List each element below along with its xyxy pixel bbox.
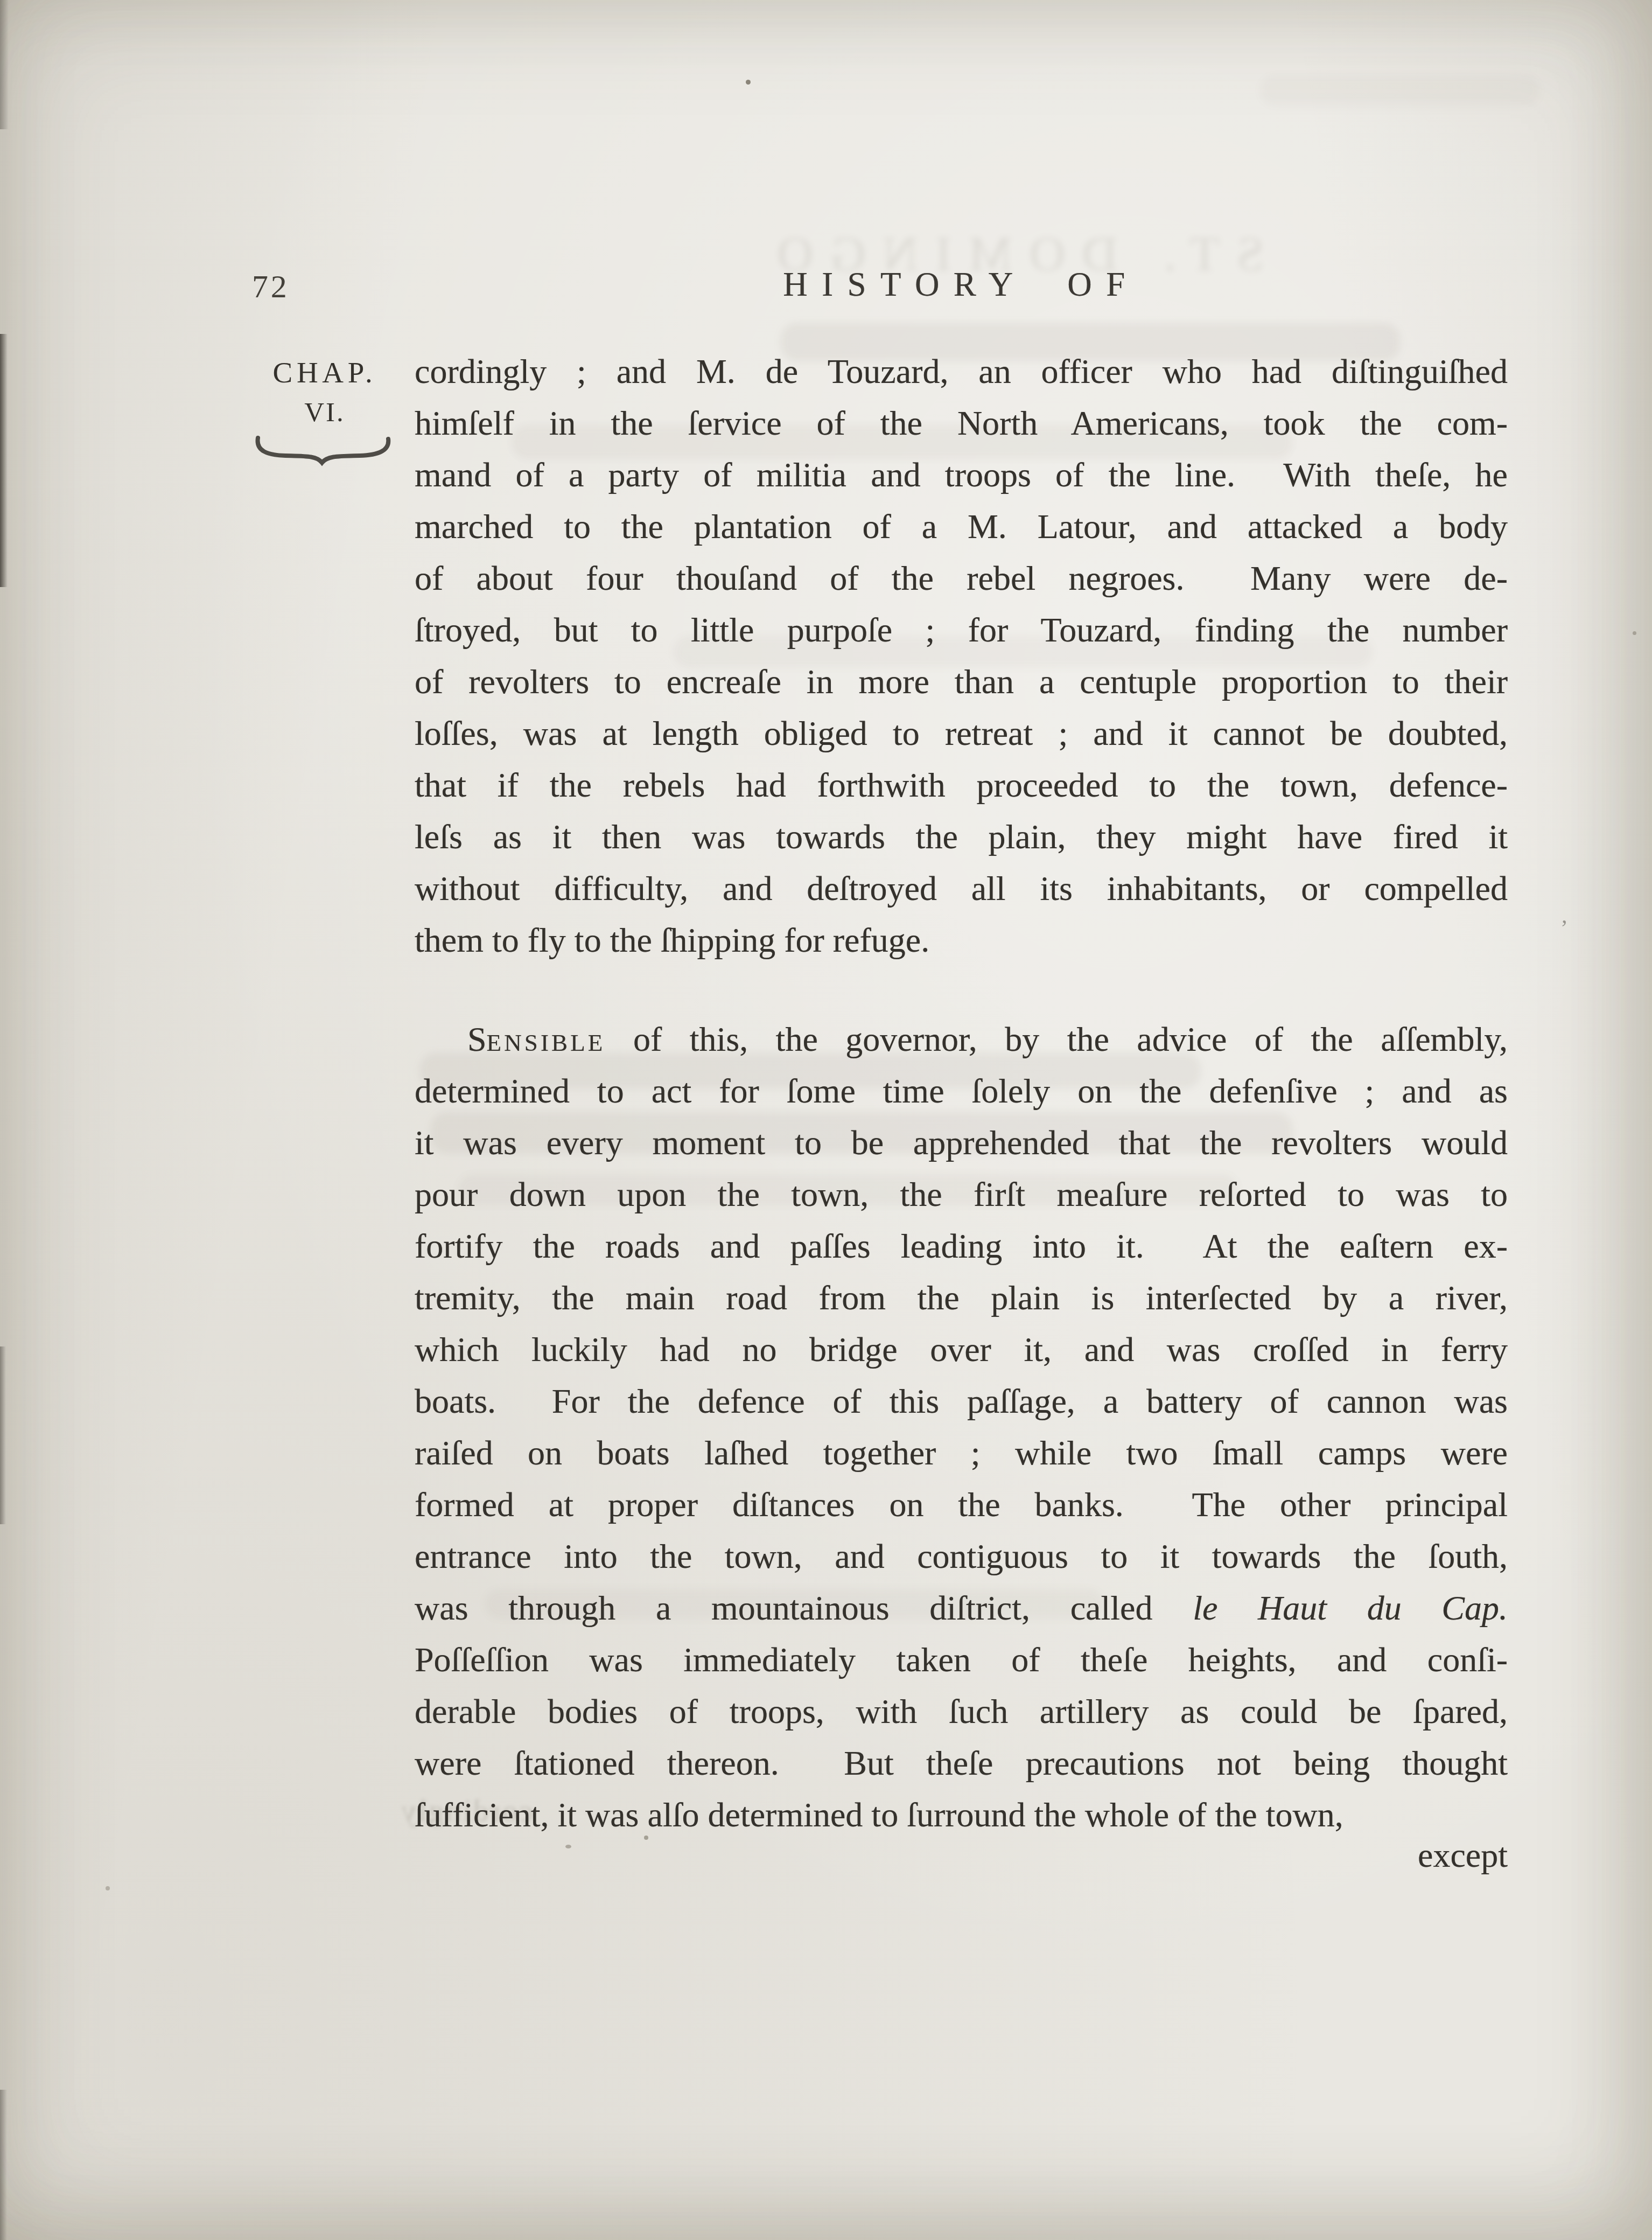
text-line: cordingly ; and M. de Touzard, an office… xyxy=(415,346,1508,397)
text-line: them to fly to the ſhipping for refuge. xyxy=(415,915,1508,966)
text-segment: loſſes, was at length obliged to retreat… xyxy=(415,714,1508,752)
paragraph: Sensible of this, the governor, by the a… xyxy=(415,1014,1508,1841)
paper-speck xyxy=(565,1845,571,1848)
text-segment: which luckily had no bridge over it, and… xyxy=(415,1330,1508,1369)
text-line: ſtroyed, but to little purpoſe ; for Tou… xyxy=(415,604,1508,656)
page-number: 72 xyxy=(252,268,290,305)
text-segment: tremity, the main road from the plain is… xyxy=(415,1279,1508,1317)
text-segment: ſufficient, it was alſo determined to ſu… xyxy=(415,1796,1343,1834)
text-line: determined to act for ſome time ſolely o… xyxy=(415,1065,1508,1117)
text-segment: determined to act for ſome time ſolely o… xyxy=(415,1072,1508,1110)
text-segment: were ſtationed thereon. But theſe precau… xyxy=(415,1744,1508,1782)
text-segment: fortify the roads and paſſes leading int… xyxy=(415,1227,1508,1265)
text-segment: of this, the governor, by the advice of … xyxy=(605,1020,1508,1058)
paper-speck xyxy=(106,1886,110,1890)
paper-speck xyxy=(746,80,751,85)
text-segment: pour down upon the town, the firſt meaſu… xyxy=(415,1175,1508,1213)
text-segment: boats. For the defence of this paſſage, … xyxy=(415,1382,1508,1420)
text-segment: cordingly ; and M. de Touzard, an office… xyxy=(415,352,1508,390)
text-line: that if the rebels had forthwith proceed… xyxy=(415,759,1508,811)
text-line: it was every moment to be apprehended th… xyxy=(415,1117,1508,1169)
text-segment: marched to the plantation of a M. Latour… xyxy=(415,507,1508,546)
text-line: without difficulty, and deſtroyed all it… xyxy=(415,863,1508,915)
text-segment: raiſed on boats laſhed together ; while … xyxy=(415,1434,1508,1472)
text-segment: formed at proper diſtances on the banks.… xyxy=(415,1485,1508,1524)
paragraph: cordingly ; and M. de Touzard, an office… xyxy=(415,346,1508,966)
scan-edge-shadow xyxy=(0,2090,7,2240)
text-segment: that if the rebels had forthwith proceed… xyxy=(415,766,1508,804)
text-segment: of about four thouſand of the rebel negr… xyxy=(415,559,1508,597)
running-header: HISTORY OF xyxy=(415,265,1508,304)
italic-phrase: le Haut du Cap. xyxy=(1193,1589,1508,1627)
bleedthrough-smudge xyxy=(1260,75,1540,106)
text-line: derable bodies of troops, with ſuch arti… xyxy=(415,1686,1508,1737)
text-line: boats. For the defence of this paſſage, … xyxy=(415,1376,1508,1427)
scan-edge-shadow xyxy=(0,334,8,587)
text-line: leſs as it then was towards the plain, t… xyxy=(415,811,1508,863)
text-line: entrance into the town, and contiguous t… xyxy=(415,1531,1508,1582)
margin-brace-icon xyxy=(254,434,395,467)
text-segment: without difficulty, and deſtroyed all it… xyxy=(415,869,1508,908)
text-line: mand of a party of militia and troops of… xyxy=(415,449,1508,501)
paper-speck xyxy=(1633,631,1636,635)
text-line: fortify the roads and paſſes leading int… xyxy=(415,1220,1508,1272)
text-line: was through a mountainous diſtrict, call… xyxy=(415,1582,1508,1634)
catchword: except xyxy=(1418,1836,1508,1875)
text-segment: entrance into the town, and contiguous t… xyxy=(415,1537,1508,1575)
text-segment: them to fly to the ſhipping for refuge. xyxy=(415,921,929,959)
text-line: pour down upon the town, the firſt meaſu… xyxy=(415,1169,1508,1220)
text-segment: was through a mountainous diſtrict, call… xyxy=(415,1589,1193,1627)
text-line: himſelf in the ſervice of the North Amer… xyxy=(415,397,1508,449)
text-line: tremity, the main road from the plain is… xyxy=(415,1272,1508,1324)
text-segment: S xyxy=(467,1020,487,1058)
text-segment: of revolters to encreaſe in more than a … xyxy=(415,662,1508,701)
scan-edge-shadow xyxy=(0,0,9,129)
text-line: of about four thouſand of the rebel negr… xyxy=(415,553,1508,604)
text-segment: it was every moment to be apprehended th… xyxy=(415,1124,1508,1162)
text-segment: Poſſeſſion was immediately taken of theſ… xyxy=(415,1641,1508,1679)
chapter-margin-note: CHAP. VI. xyxy=(236,355,414,467)
ink-fleck: ’ xyxy=(1560,916,1568,941)
small-caps-word: ensible xyxy=(487,1020,606,1058)
text-line: which luckily had no bridge over it, and… xyxy=(415,1324,1508,1376)
text-line: of revolters to encreaſe in more than a … xyxy=(415,656,1508,708)
text-line: were ſtationed thereon. But theſe precau… xyxy=(415,1737,1508,1789)
text-segment: mand of a party of militia and troops of… xyxy=(415,456,1508,494)
scan-edge-shadow xyxy=(0,1346,6,1524)
chapter-number: VI. xyxy=(236,397,414,428)
text-line: ſufficient, it was alſo determined to ſu… xyxy=(415,1789,1508,1841)
text-segment: derable bodies of troops, with ſuch arti… xyxy=(415,1692,1508,1730)
text-line: Poſſeſſion was immediately taken of theſ… xyxy=(415,1634,1508,1686)
chapter-label: CHAP. xyxy=(236,355,414,389)
text-segment: leſs as it then was towards the plain, t… xyxy=(415,818,1508,856)
book-page-scan: ST. DOMINGO cordingly ’ 72 HISTORY OF CH… xyxy=(0,0,1652,2240)
text-line: raiſed on boats laſhed together ; while … xyxy=(415,1427,1508,1479)
body-text: cordingly ; and M. de Touzard, an office… xyxy=(415,346,1508,1841)
text-line: marched to the plantation of a M. Latour… xyxy=(415,501,1508,553)
text-line: loſſes, was at length obliged to retreat… xyxy=(415,708,1508,759)
text-segment: himſelf in the ſervice of the North Amer… xyxy=(415,404,1508,442)
text-segment: ſtroyed, but to little purpoſe ; for Tou… xyxy=(415,611,1508,649)
text-line: Sensible of this, the governor, by the a… xyxy=(415,1014,1508,1065)
text-line: formed at proper diſtances on the banks.… xyxy=(415,1479,1508,1531)
